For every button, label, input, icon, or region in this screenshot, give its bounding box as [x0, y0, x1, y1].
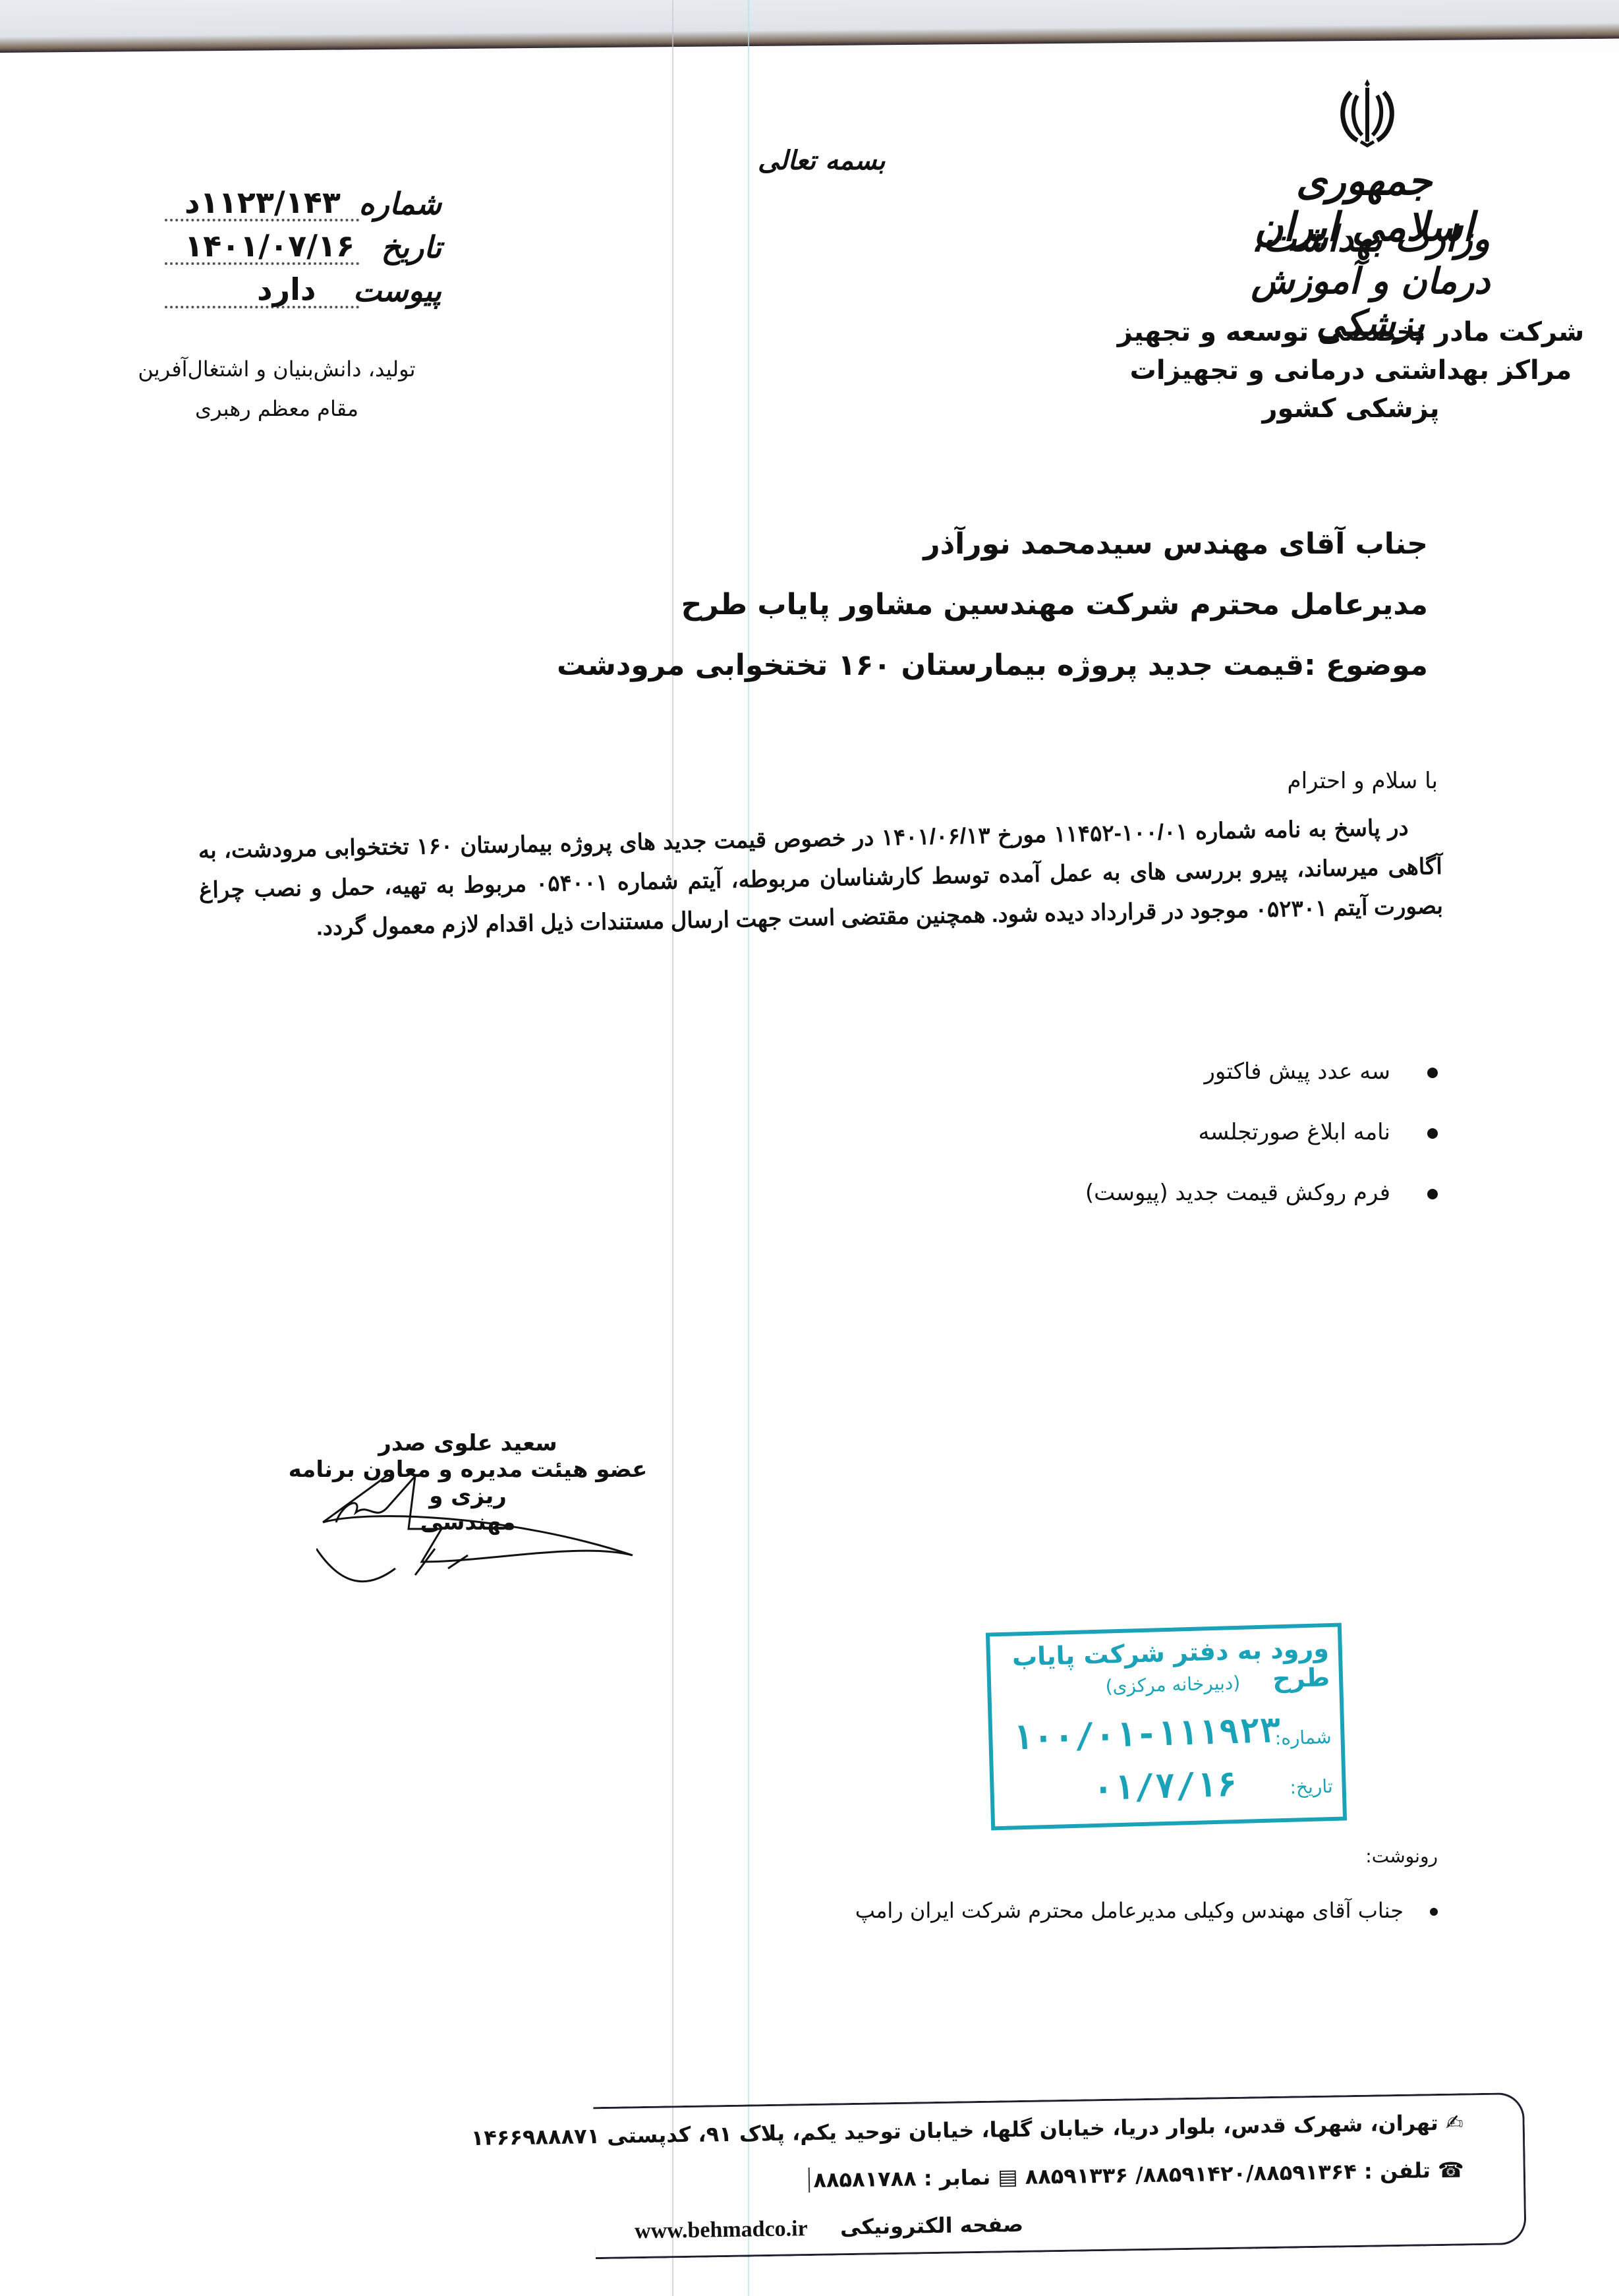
slogan: تولید، دانش‌بنیان و اشتغال‌آفرین مقام مع… — [132, 349, 422, 428]
stamp-date-label: تاریخ: — [1290, 1775, 1333, 1798]
bullet-icon — [1427, 1189, 1438, 1199]
list-item: سه عدد پیش فاکتور — [845, 1041, 1438, 1102]
meta-date-row: تاریخ ۱۴۰۱/۰۷/۱۶ — [165, 221, 441, 265]
addressee-title: مدیرعامل محترم شرکت مهندسین مشاور پایاب … — [374, 575, 1428, 635]
slogan-text: تولید، دانش‌بنیان و اشتغال‌آفرین — [132, 349, 422, 389]
handwritten-signature-icon — [316, 1476, 659, 1588]
subject-line: موضوع :قیمت جدید پروژه بیمارستان ۱۶۰ تخت… — [374, 635, 1428, 696]
stamp-number-label: شماره: — [1274, 1726, 1332, 1749]
stamp-date-value: ۰۱/۷/۱۶ — [1093, 1765, 1238, 1808]
footer-phone: ☎ تلفن : ۸۸۵۹۱۴۲۰/۸۸۵۹۱۳۶۴/ ۸۸۵۹۱۳۳۶ ▤ ن… — [808, 2157, 1464, 2193]
company-line-1: شرکت مادر تخصصی توسعه و تجهیز — [1107, 313, 1595, 351]
website-label: صفحه الکترونیکی — [840, 2212, 1024, 2239]
list-item-text: فرم روکش قیمت جدید (پیوست) — [1085, 1180, 1390, 1206]
fax-number: ۸۸۵۸۱۷۸۸ — [808, 2166, 917, 2193]
fax-icon: ▤ — [998, 2164, 1018, 2189]
addressee-name: جناب آقای مهندس سیدمحمد نورآذر — [374, 514, 1428, 575]
addressee-block: جناب آقای مهندس سیدمحمد نورآذر مدیرعامل … — [374, 514, 1428, 696]
date-label: تاریخ — [359, 229, 441, 265]
received-stamp: ورود به دفتر شرکت پایاب طرح (دبیرخانه مر… — [986, 1623, 1347, 1831]
address-text: تهران، شهرک قدس، بلوار دریا، خیابان گلها… — [471, 2110, 1439, 2150]
bismillah: بسمه تعالی — [758, 145, 885, 176]
scan-guide-line — [672, 0, 673, 2296]
list-item: فرم روکش قیمت جدید (پیوست) — [845, 1162, 1438, 1223]
slogan-attribution: مقام معظم رهبری — [132, 389, 422, 428]
iran-emblem-icon — [1331, 76, 1404, 148]
company-line-2: مراکز بهداشتی درمانی و تجهیزات پزشکی کشو… — [1107, 351, 1595, 428]
cc-label: رونوشت: — [1365, 1845, 1438, 1867]
footer-contact-box: ✍ تهران، شهرک قدس، بلوار دریا، خیابان گل… — [593, 2092, 1526, 2259]
cc-item: جناب آقای مهندس وکیلی مدیرعامل محترم شرک… — [855, 1898, 1438, 1923]
bullet-icon — [1430, 1908, 1438, 1916]
letter-meta: شماره ۱۱۲۳/۱۴۳د تاریخ ۱۴۰۱/۰۷/۱۶ پیوست د… — [165, 178, 441, 308]
date-value: ۱۴۰۱/۰۷/۱۶ — [165, 229, 359, 265]
list-item: نامه ابلاغ صورتجلسه — [845, 1102, 1438, 1162]
list-item-text: سه عدد پیش فاکتور — [1204, 1058, 1390, 1085]
required-documents-list: سه عدد پیش فاکتور نامه ابلاغ صورتجلسه فر… — [845, 1041, 1438, 1223]
company-name: شرکت مادر تخصصی توسعه و تجهیز مراکز بهدا… — [1107, 313, 1595, 428]
website-link[interactable]: www.behmadco.ir — [635, 2216, 808, 2244]
phone-icon: ☎ — [1438, 2157, 1464, 2183]
bullet-icon — [1427, 1128, 1438, 1139]
scan-top-edge — [0, 0, 1619, 53]
stamp-number-value: ۱۰۰/۰۱-۱۱۱۹۲۳ — [1012, 1711, 1282, 1758]
address-icon: ✍ — [1446, 2109, 1463, 2135]
attachment-label: پیوست — [359, 273, 441, 308]
meta-number-row: شماره ۱۱۲۳/۱۴۳د — [165, 178, 441, 221]
greeting: با سلام و احترام — [1288, 768, 1438, 794]
scan-guide-line — [748, 0, 749, 2296]
stamp-subtitle: (دبیرخانه مرکزی) — [1105, 1672, 1241, 1698]
body-paragraph: در پاسخ به نامه شماره ۱۰۰/۰۱-۱۱۴۵۲ مورخ … — [198, 807, 1443, 950]
footer-address: ✍ تهران، شهرک قدس، بلوار دریا، خیابان گل… — [471, 2109, 1463, 2150]
number-value: ۱۱۲۳/۱۴۳د — [165, 186, 359, 221]
fax-label: نمابر : — [924, 2165, 991, 2191]
phone-numbers: ۸۸۵۹۱۴۲۰/۸۸۵۹۱۳۶۴/ ۸۸۵۹۱۳۳۶ — [1025, 2159, 1357, 2189]
cc-item-text: جناب آقای مهندس وکیلی مدیرعامل محترم شرک… — [855, 1898, 1404, 1923]
signatory-name: سعید علوی صدر — [283, 1430, 652, 1456]
list-item-text: نامه ابلاغ صورتجلسه — [1199, 1119, 1390, 1145]
phone-label: تلفن : — [1364, 2158, 1431, 2184]
number-label: شماره — [359, 186, 441, 221]
meta-attachment-row: پیوست دارد — [165, 265, 441, 308]
bullet-icon — [1427, 1068, 1438, 1078]
attachment-value: دارد — [165, 273, 359, 308]
